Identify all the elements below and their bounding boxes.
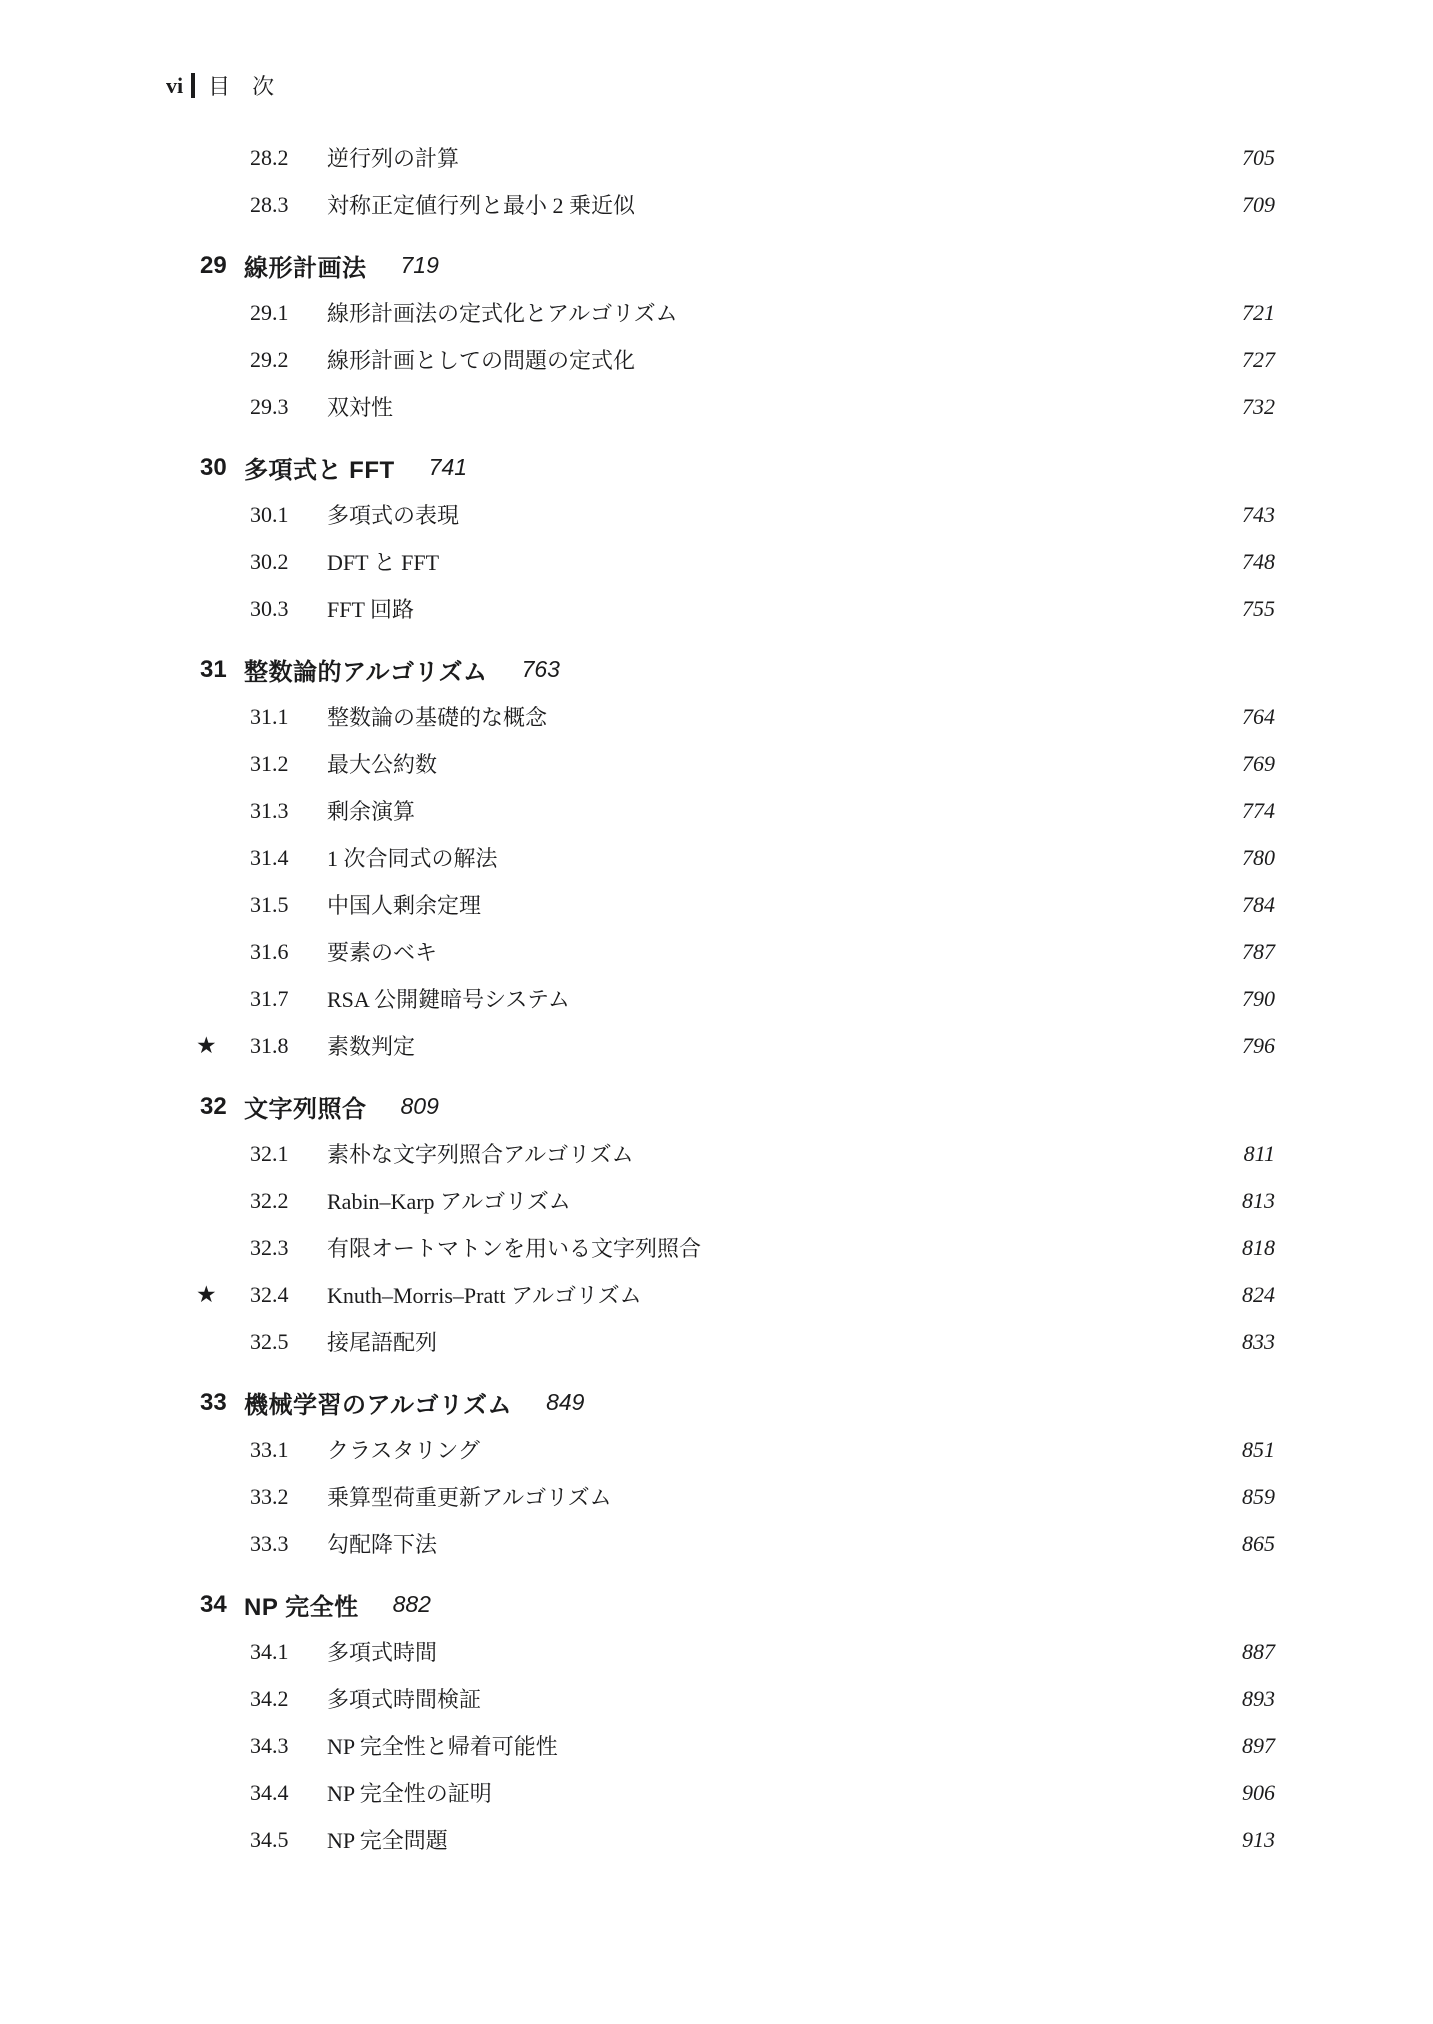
toc-entry: 32.5 接尾語配列 833: [196, 1318, 1275, 1365]
star-icon: [196, 693, 250, 740]
section-number: 34.2: [250, 1675, 327, 1722]
star-icon: [196, 740, 250, 787]
section-page-number: 813: [1221, 1177, 1275, 1224]
star-icon: [196, 975, 250, 1022]
section-title: 整数論の基礎的な概念: [327, 693, 561, 740]
toc-chapter: 33 機械学習のアルゴリズム 849 33.1 クラスタリング 851 33.2…: [196, 1379, 1275, 1567]
star-icon: [196, 134, 250, 181]
chapter-title: 多項式と FFT: [244, 450, 395, 485]
chapter-number: 31: [200, 656, 244, 684]
toc-entry: 31.4 1 次合同式の解法 780: [196, 834, 1275, 881]
section-title: 線形計画法の定式化とアルゴリズム: [327, 289, 692, 336]
toc-entry: 32.3 有限オートマトンを用いる文字列照合 818: [196, 1224, 1275, 1271]
section-page-number: 727: [1221, 336, 1275, 383]
section-page-number: 833: [1221, 1318, 1275, 1365]
chapter-number: 30: [200, 454, 244, 482]
section-title: 有限オートマトンを用いる文字列照合: [327, 1224, 715, 1271]
chapter-title: 線形計画法: [244, 248, 367, 283]
toc-page: { "header": { "page_label": "vi", "title…: [0, 0, 1433, 2024]
section-number: 29.2: [250, 336, 327, 383]
section-title: クラスタリング: [327, 1426, 494, 1473]
section-number: 34.4: [250, 1769, 327, 1816]
star-icon: [196, 787, 250, 834]
star-icon: [196, 1177, 250, 1224]
section-title: 多項式時間: [327, 1628, 451, 1675]
section-number: 33.2: [250, 1473, 327, 1520]
section-number: 30.2: [250, 538, 327, 585]
toc-chapter: 30 多項式と FFT 741 30.1 多項式の表現 743 30.2 DFT…: [196, 444, 1275, 632]
toc-entry: ★ 31.8 素数判定 796: [196, 1022, 1275, 1069]
star-icon: ★: [196, 1271, 250, 1318]
section-number: 33.1: [250, 1426, 327, 1473]
chapter-page-number: 719: [401, 252, 439, 279]
toc-chapter: 32 文字列照合 809 32.1 素朴な文字列照合アルゴリズム 811 32.…: [196, 1083, 1275, 1365]
toc-entry: 30.1 多項式の表現 743: [196, 491, 1275, 538]
star-icon: ★: [196, 1022, 250, 1069]
section-title: 多項式時間検証: [327, 1675, 495, 1722]
section-page-number: 769: [1221, 740, 1275, 787]
section-page-number: 796: [1221, 1022, 1275, 1069]
section-title: 最大公約数: [327, 740, 451, 787]
chapter-sections: 30.1 多項式の表現 743 30.2 DFT と FFT 748 30.3 …: [196, 491, 1275, 632]
section-page-number: 755: [1221, 585, 1275, 632]
chapter-sections: 29.1 線形計画法の定式化とアルゴリズム 721 29.2 線形計画としての問…: [196, 289, 1275, 430]
section-title: 素数判定: [327, 1022, 429, 1069]
chapter-sections: 31.1 整数論の基礎的な概念 764 31.2 最大公約数 769 31.3 …: [196, 693, 1275, 1069]
section-number: 31.2: [250, 740, 327, 787]
star-icon: [196, 1224, 250, 1271]
page-header: vi 目 次: [166, 70, 274, 101]
toc-title: 目 次: [208, 70, 274, 101]
section-number: 31.8: [250, 1022, 327, 1069]
section-number: 34.5: [250, 1816, 327, 1863]
section-page-number: 818: [1221, 1224, 1275, 1271]
section-number: 29.1: [250, 289, 327, 336]
section-number: 31.5: [250, 881, 327, 928]
chapter-sections: 28.2 逆行列の計算 705 28.3 対称正定値行列と最小 2 乗近似 70…: [196, 134, 1275, 228]
section-title: NP 完全問題: [327, 1816, 462, 1863]
section-number: 30.3: [250, 585, 327, 632]
chapter-page-number: 763: [522, 656, 560, 683]
chapter-page-number: 849: [546, 1389, 584, 1416]
section-title: 勾配降下法: [327, 1520, 451, 1567]
toc-entry: 33.3 勾配降下法 865: [196, 1520, 1275, 1567]
toc-entry: 30.3 FFT 回路 755: [196, 585, 1275, 632]
section-title: 多項式の表現: [327, 491, 473, 538]
section-number: 34.3: [250, 1722, 327, 1769]
chapter-number: 33: [200, 1389, 244, 1417]
toc-entry: ★ 32.4 Knuth–Morris–Pratt アルゴリズム 824: [196, 1271, 1275, 1318]
section-page-number: 790: [1221, 975, 1275, 1022]
toc-entry: 34.5 NP 完全問題 913: [196, 1816, 1275, 1863]
section-page-number: 851: [1221, 1426, 1275, 1473]
star-icon: [196, 1426, 250, 1473]
star-icon: [196, 538, 250, 585]
section-page-number: 811: [1221, 1130, 1275, 1177]
toc-chapter: 34 NP 完全性 882 34.1 多項式時間 887 34.2 多項式時間検…: [196, 1581, 1275, 1863]
chapter-title: 文字列照合: [244, 1089, 367, 1124]
section-title: 乗算型荷重更新アルゴリズム: [327, 1473, 626, 1520]
chapter-heading: 30 多項式と FFT 741: [196, 444, 1275, 491]
toc-entry: 34.2 多項式時間検証 893: [196, 1675, 1275, 1722]
star-icon: [196, 1628, 250, 1675]
chapter-title: 整数論的アルゴリズム: [244, 652, 488, 687]
toc-entry: 33.1 クラスタリング 851: [196, 1426, 1275, 1473]
section-page-number: 780: [1221, 834, 1275, 881]
section-title: 逆行列の計算: [327, 134, 473, 181]
section-page-number: 743: [1221, 491, 1275, 538]
section-page-number: 865: [1221, 1520, 1275, 1567]
toc-entry: 29.3 双対性 732: [196, 383, 1275, 430]
section-page-number: 824: [1221, 1271, 1275, 1318]
chapter-sections: 33.1 クラスタリング 851 33.2 乗算型荷重更新アルゴリズム 859 …: [196, 1426, 1275, 1567]
star-icon: [196, 1130, 250, 1177]
section-title: 中国人剰余定理: [327, 881, 495, 928]
section-page-number: 887: [1221, 1628, 1275, 1675]
section-title: 要素のベキ: [327, 928, 451, 975]
section-number: 32.2: [250, 1177, 327, 1224]
section-page-number: 906: [1221, 1769, 1275, 1816]
section-title: 接尾語配列: [327, 1318, 451, 1365]
toc-entry: 31.2 最大公約数 769: [196, 740, 1275, 787]
star-icon: [196, 1675, 250, 1722]
toc-entry: 33.2 乗算型荷重更新アルゴリズム 859: [196, 1473, 1275, 1520]
star-icon: [196, 1816, 250, 1863]
section-page-number: 732: [1221, 383, 1275, 430]
header-divider: [191, 73, 195, 98]
section-title: 線形計画としての問題の定式化: [327, 336, 649, 383]
toc-entry: 34.1 多項式時間 887: [196, 1628, 1275, 1675]
chapter-number: 32: [200, 1093, 244, 1121]
star-icon: [196, 928, 250, 975]
section-page-number: 897: [1221, 1722, 1275, 1769]
section-number: 31.4: [250, 834, 327, 881]
toc-entry: 31.5 中国人剰余定理 784: [196, 881, 1275, 928]
section-number: 29.3: [250, 383, 327, 430]
section-page-number: 709: [1221, 181, 1275, 228]
toc-entry: 32.2 Rabin–Karp アルゴリズム 813: [196, 1177, 1275, 1224]
chapter-heading: 34 NP 完全性 882: [196, 1581, 1275, 1628]
section-title: 素朴な文字列照合アルゴリズム: [327, 1130, 648, 1177]
section-title: 剰余演算: [327, 787, 429, 834]
section-page-number: 784: [1221, 881, 1275, 928]
toc-entry: 34.4 NP 完全性の証明 906: [196, 1769, 1275, 1816]
star-icon: [196, 1318, 250, 1365]
chapter-heading: 32 文字列照合 809: [196, 1083, 1275, 1130]
chapter-sections: 34.1 多項式時間 887 34.2 多項式時間検証 893 34.3 NP …: [196, 1628, 1275, 1863]
toc-entry: 31.6 要素のベキ 787: [196, 928, 1275, 975]
section-number: 31.3: [250, 787, 327, 834]
star-icon: [196, 383, 250, 430]
section-number: 33.3: [250, 1520, 327, 1567]
page-number: vi: [166, 73, 183, 99]
section-title: Knuth–Morris–Pratt アルゴリズム: [327, 1271, 656, 1318]
section-number: 32.1: [250, 1130, 327, 1177]
chapter-heading: 31 整数論的アルゴリズム 763: [196, 646, 1275, 693]
section-title: NP 完全性と帰着可能性: [327, 1722, 572, 1769]
toc-chapter: 29 線形計画法 719 29.1 線形計画法の定式化とアルゴリズム 721 2…: [196, 242, 1275, 430]
toc-entry: 34.3 NP 完全性と帰着可能性 897: [196, 1722, 1275, 1769]
star-icon: [196, 181, 250, 228]
star-icon: [196, 585, 250, 632]
chapter-heading: 29 線形計画法 719: [196, 242, 1275, 289]
section-number: 32.3: [250, 1224, 327, 1271]
section-page-number: 859: [1221, 1473, 1275, 1520]
section-page-number: 748: [1221, 538, 1275, 585]
star-icon: [196, 834, 250, 881]
chapter-number: 29: [200, 252, 244, 280]
star-icon: [196, 1722, 250, 1769]
section-number: 32.5: [250, 1318, 327, 1365]
section-title: NP 完全性の証明: [327, 1769, 506, 1816]
toc-entry: 28.2 逆行列の計算 705: [196, 134, 1275, 181]
section-number: 31.7: [250, 975, 327, 1022]
toc-entry: 30.2 DFT と FFT 748: [196, 538, 1275, 585]
star-icon: [196, 289, 250, 336]
section-title: 1 次合同式の解法: [327, 834, 512, 881]
star-icon: [196, 1473, 250, 1520]
section-number: 28.2: [250, 134, 327, 181]
toc-entry: 31.1 整数論の基礎的な概念 764: [196, 693, 1275, 740]
section-number: 31.1: [250, 693, 327, 740]
section-page-number: 893: [1221, 1675, 1275, 1722]
star-icon: [196, 881, 250, 928]
chapter-number: 34: [200, 1591, 244, 1619]
section-page-number: 705: [1221, 134, 1275, 181]
section-number: 30.1: [250, 491, 327, 538]
section-title: FFT 回路: [327, 585, 428, 632]
section-title: DFT と FFT: [327, 538, 453, 585]
chapter-page-number: 741: [429, 454, 467, 481]
toc-entry: 32.1 素朴な文字列照合アルゴリズム 811: [196, 1130, 1275, 1177]
toc-chapter: 31 整数論的アルゴリズム 763 31.1 整数論の基礎的な概念 764 31…: [196, 646, 1275, 1069]
toc-entry: 29.2 線形計画としての問題の定式化 727: [196, 336, 1275, 383]
star-icon: [196, 336, 250, 383]
star-icon: [196, 491, 250, 538]
section-number: 32.4: [250, 1271, 327, 1318]
chapter-page-number: 882: [393, 1591, 431, 1618]
chapter-heading: 33 機械学習のアルゴリズム 849: [196, 1379, 1275, 1426]
chapter-title: 機械学習のアルゴリズム: [244, 1385, 512, 1420]
toc-list: 28.2 逆行列の計算 705 28.3 対称正定値行列と最小 2 乗近似 70…: [196, 134, 1275, 1863]
toc-entry: 29.1 線形計画法の定式化とアルゴリズム 721: [196, 289, 1275, 336]
chapter-sections: 32.1 素朴な文字列照合アルゴリズム 811 32.2 Rabin–Karp …: [196, 1130, 1275, 1365]
chapter-page-number: 809: [401, 1093, 439, 1120]
section-number: 31.6: [250, 928, 327, 975]
section-page-number: 721: [1221, 289, 1275, 336]
toc-chapter: 28.2 逆行列の計算 705 28.3 対称正定値行列と最小 2 乗近似 70…: [196, 134, 1275, 228]
chapter-title: NP 完全性: [244, 1587, 359, 1622]
star-icon: [196, 1520, 250, 1567]
section-number: 28.3: [250, 181, 327, 228]
toc-entry: 31.3 剰余演算 774: [196, 787, 1275, 834]
section-page-number: 774: [1221, 787, 1275, 834]
section-title: Rabin–Karp アルゴリズム: [327, 1177, 585, 1224]
section-page-number: 787: [1221, 928, 1275, 975]
section-page-number: 764: [1221, 693, 1275, 740]
section-page-number: 913: [1221, 1816, 1275, 1863]
section-title: RSA 公開鍵暗号システム: [327, 975, 584, 1022]
section-title: 対称正定値行列と最小 2 乗近似: [327, 181, 649, 228]
section-title: 双対性: [327, 383, 407, 430]
toc-entry: 28.3 対称正定値行列と最小 2 乗近似 709: [196, 181, 1275, 228]
star-icon: [196, 1769, 250, 1816]
toc-entry: 31.7 RSA 公開鍵暗号システム 790: [196, 975, 1275, 1022]
section-number: 34.1: [250, 1628, 327, 1675]
